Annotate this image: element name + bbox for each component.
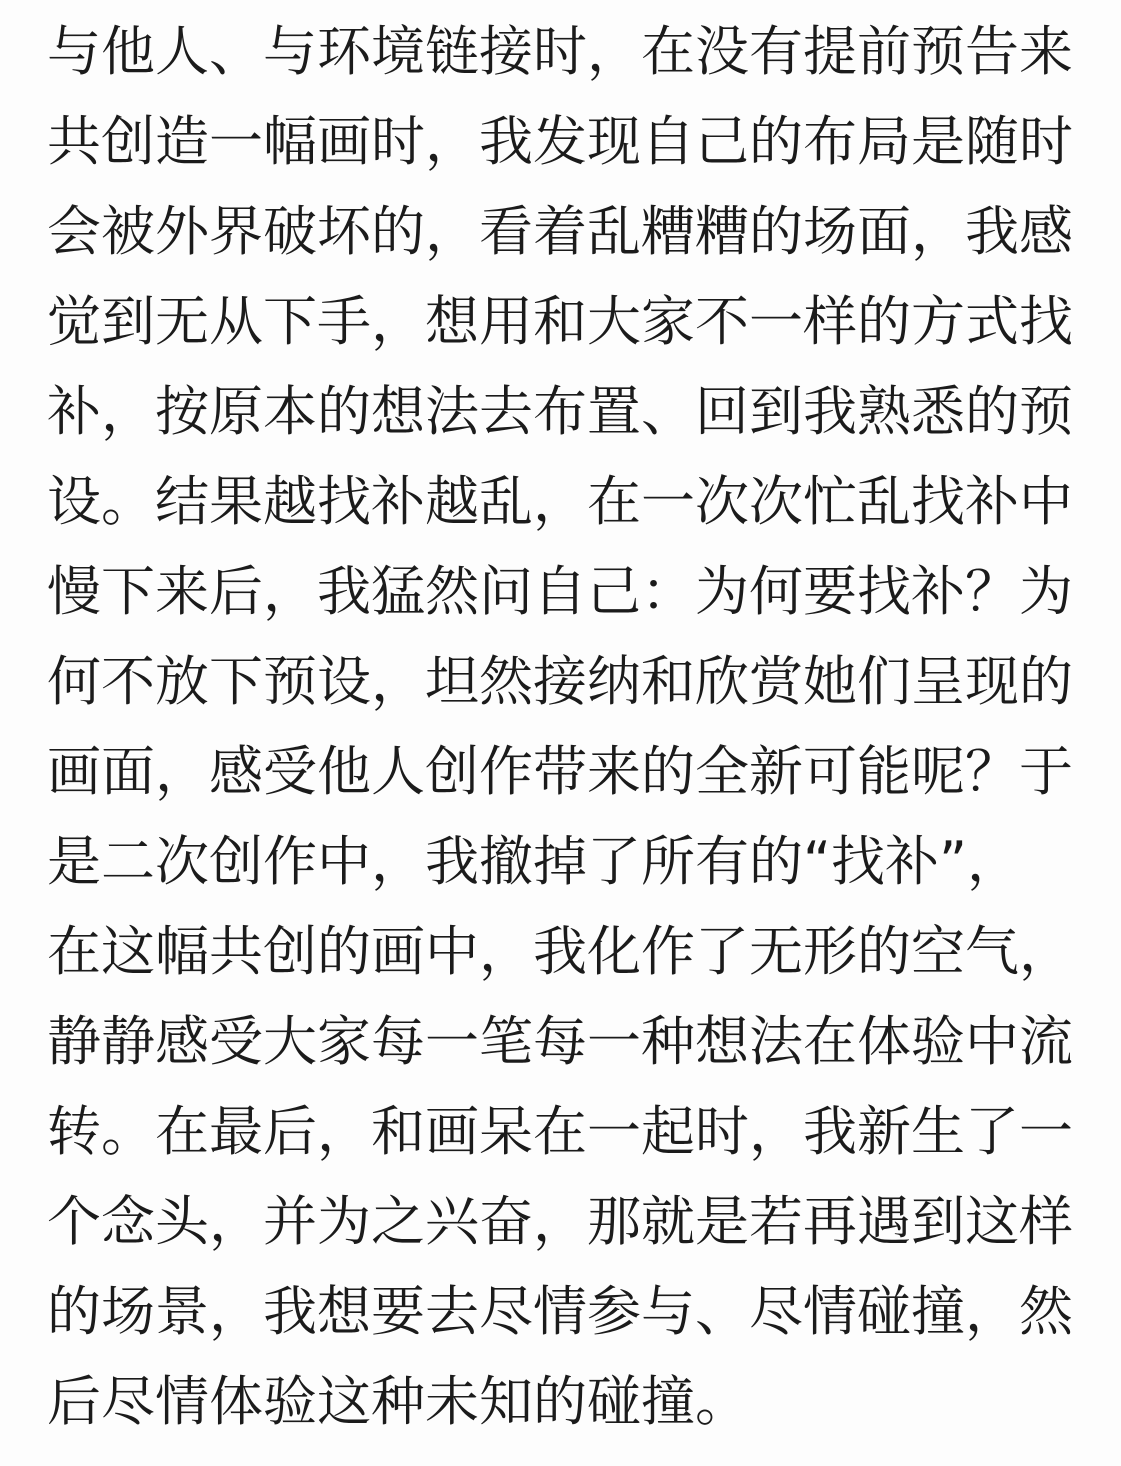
text-line: 是二次创作中，我撤掉了所有的“找补”， xyxy=(47,817,1081,907)
document-page: 与他人、与环境链接时，在没有提前预告来 共创造一幅画时，我发现自己的布局是随时 … xyxy=(0,0,1121,1466)
text-line: 画面，感受他人创作带来的全新可能呢？于 xyxy=(47,727,1081,817)
text-line: 共创造一幅画时，我发现自己的布局是随时 xyxy=(47,97,1081,187)
text-line: 慢下来后，我猛然问自己：为何要找补？为 xyxy=(47,547,1081,637)
text-line: 设。结果越找补越乱，在一次次忙乱找补中 xyxy=(47,457,1081,547)
text-line: 后尽情体验这种未知的碰撞。 xyxy=(47,1357,1081,1447)
text-line: 在这幅共创的画中，我化作了无形的空气， xyxy=(47,907,1081,997)
paragraph-text: 与他人、与环境链接时，在没有提前预告来 共创造一幅画时，我发现自己的布局是随时 … xyxy=(47,7,1081,1447)
text-line: 静静感受大家每一笔每一种想法在体验中流 xyxy=(47,997,1081,1087)
text-line: 补，按原本的想法去布置、回到我熟悉的预 xyxy=(47,367,1081,457)
text-line: 觉到无从下手，想用和大家不一样的方式找 xyxy=(47,277,1081,367)
text-line: 何不放下预设，坦然接纳和欣赏她们呈现的 xyxy=(47,637,1081,727)
text-line: 会被外界破坏的，看着乱糟糟的场面，我感 xyxy=(47,187,1081,277)
text-line: 的场景，我想要去尽情参与、尽情碰撞，然 xyxy=(47,1267,1081,1357)
text-line: 与他人、与环境链接时，在没有提前预告来 xyxy=(47,7,1081,97)
text-line: 个念头，并为之兴奋，那就是若再遇到这样 xyxy=(47,1177,1081,1267)
text-line: 转。在最后，和画呆在一起时，我新生了一 xyxy=(47,1087,1081,1177)
